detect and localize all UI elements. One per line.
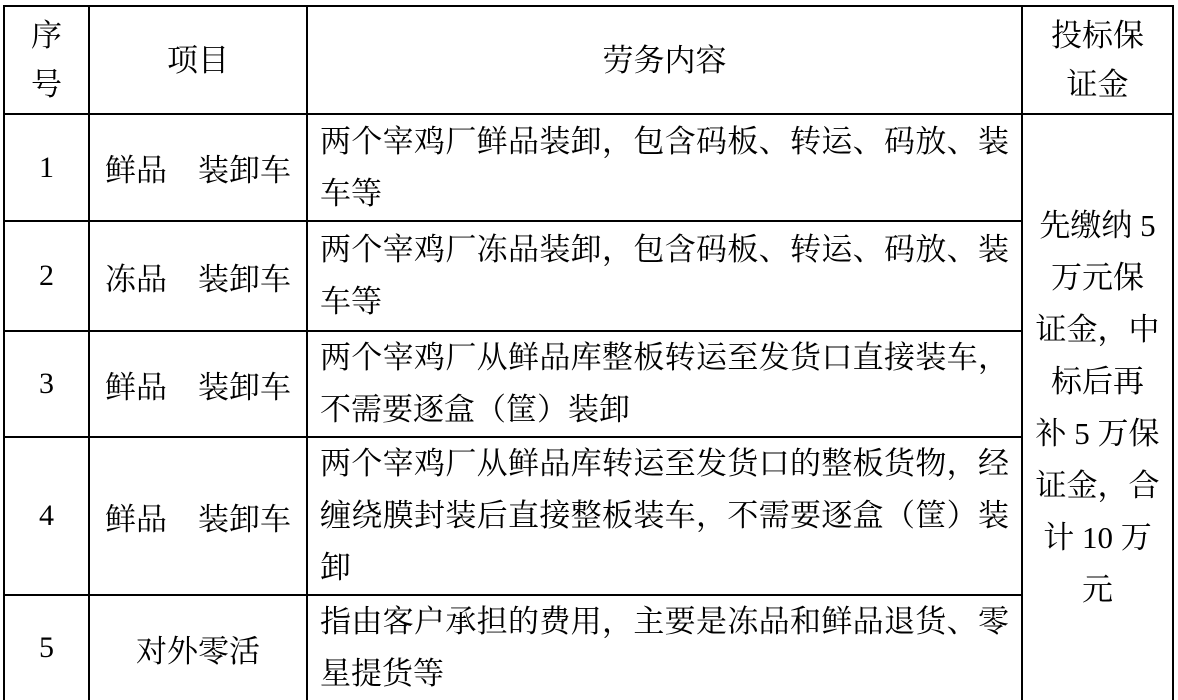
cell-project: 鲜品 装卸车 (89, 331, 307, 437)
document-page: 序 号 项目 劳务内容 投标保 证金 1 鲜品 装卸车 (0, 0, 1178, 700)
cell-project: 冻品 装卸车 (89, 221, 307, 331)
cell-project: 鲜品 装卸车 (89, 437, 307, 595)
cell-index: 2 (4, 221, 89, 331)
table-row: 2 冻品 装卸车 两个宰鸡厂冻品装卸，包含码板、转运、码放、装车等 (4, 221, 1173, 331)
row-content-value: 两个宰鸡厂从鲜品库整板转运至发货口直接装车，不需要逐盒（筐）装卸 (320, 340, 1009, 427)
header-deposit-label: 投标保 证金 (1051, 18, 1144, 102)
table-row: 5 对外零活 指由客户承担的费用，主要是冻品和鲜品退货、零星提货等 (4, 595, 1173, 700)
header-project-label: 项目 (167, 43, 229, 78)
row-index-value: 1 (39, 151, 54, 184)
row-project-value: 鲜品 装卸车 (105, 370, 291, 405)
cell-content: 两个宰鸡厂冻品装卸，包含码板、转运、码放、装车等 (307, 221, 1022, 331)
cell-index: 5 (4, 595, 89, 700)
row-content-value: 两个宰鸡厂从鲜品库转运至发货口的整板货物，经缠绕膜封装后直接整板装车，不需要逐盒… (320, 446, 1009, 585)
row-content-value: 两个宰鸡厂鲜品装卸，包含码板、转运、码放、装车等 (320, 124, 1009, 211)
row-index-value: 2 (39, 259, 54, 292)
header-deposit: 投标保 证金 (1022, 6, 1173, 114)
row-content-value: 指由客户承担的费用，主要是冻品和鲜品退货、零星提货等 (320, 604, 1009, 691)
row-project-value: 鲜品 装卸车 (105, 502, 291, 537)
deposit-cell: 先缴纳 5 万元保 证金，中 标后再 补 5 万保 证金，合 计 10 万 元 (1022, 114, 1173, 700)
table-row: 3 鲜品 装卸车 两个宰鸡厂从鲜品库整板转运至发货口直接装车，不需要逐盒（筐）装… (4, 331, 1173, 437)
header-index-label: 序 号 (31, 18, 62, 102)
row-project-value: 对外零活 (136, 634, 260, 669)
cell-index: 3 (4, 331, 89, 437)
cell-index: 1 (4, 114, 89, 221)
labor-services-table: 序 号 项目 劳务内容 投标保 证金 1 鲜品 装卸车 (3, 5, 1174, 700)
cell-index: 4 (4, 437, 89, 595)
cell-project: 对外零活 (89, 595, 307, 700)
header-project: 项目 (89, 6, 307, 114)
row-index-value: 3 (39, 367, 54, 400)
header-content: 劳务内容 (307, 6, 1022, 114)
header-index: 序 号 (4, 6, 89, 114)
row-index-value: 5 (39, 631, 54, 664)
cell-content: 指由客户承担的费用，主要是冻品和鲜品退货、零星提货等 (307, 595, 1022, 700)
table-header-row: 序 号 项目 劳务内容 投标保 证金 (4, 6, 1173, 114)
cell-content: 两个宰鸡厂从鲜品库整板转运至发货口直接装车，不需要逐盒（筐）装卸 (307, 331, 1022, 437)
row-project-value: 冻品 装卸车 (105, 262, 291, 297)
cell-content: 两个宰鸡厂从鲜品库转运至发货口的整板货物，经缠绕膜封装后直接整板装车，不需要逐盒… (307, 437, 1022, 595)
deposit-note: 先缴纳 5 万元保 证金，中 标后再 补 5 万保 证金，合 计 10 万 元 (1036, 208, 1160, 607)
header-content-label: 劳务内容 (603, 43, 727, 78)
table-row: 1 鲜品 装卸车 两个宰鸡厂鲜品装卸，包含码板、转运、码放、装车等 先缴纳 5 … (4, 114, 1173, 221)
row-content-value: 两个宰鸡厂冻品装卸，包含码板、转运、码放、装车等 (320, 232, 1009, 319)
row-project-value: 鲜品 装卸车 (105, 153, 291, 188)
row-index-value: 4 (39, 499, 54, 532)
table-row: 4 鲜品 装卸车 两个宰鸡厂从鲜品库转运至发货口的整板货物，经缠绕膜封装后直接整… (4, 437, 1173, 595)
cell-project: 鲜品 装卸车 (89, 114, 307, 221)
cell-content: 两个宰鸡厂鲜品装卸，包含码板、转运、码放、装车等 (307, 114, 1022, 221)
